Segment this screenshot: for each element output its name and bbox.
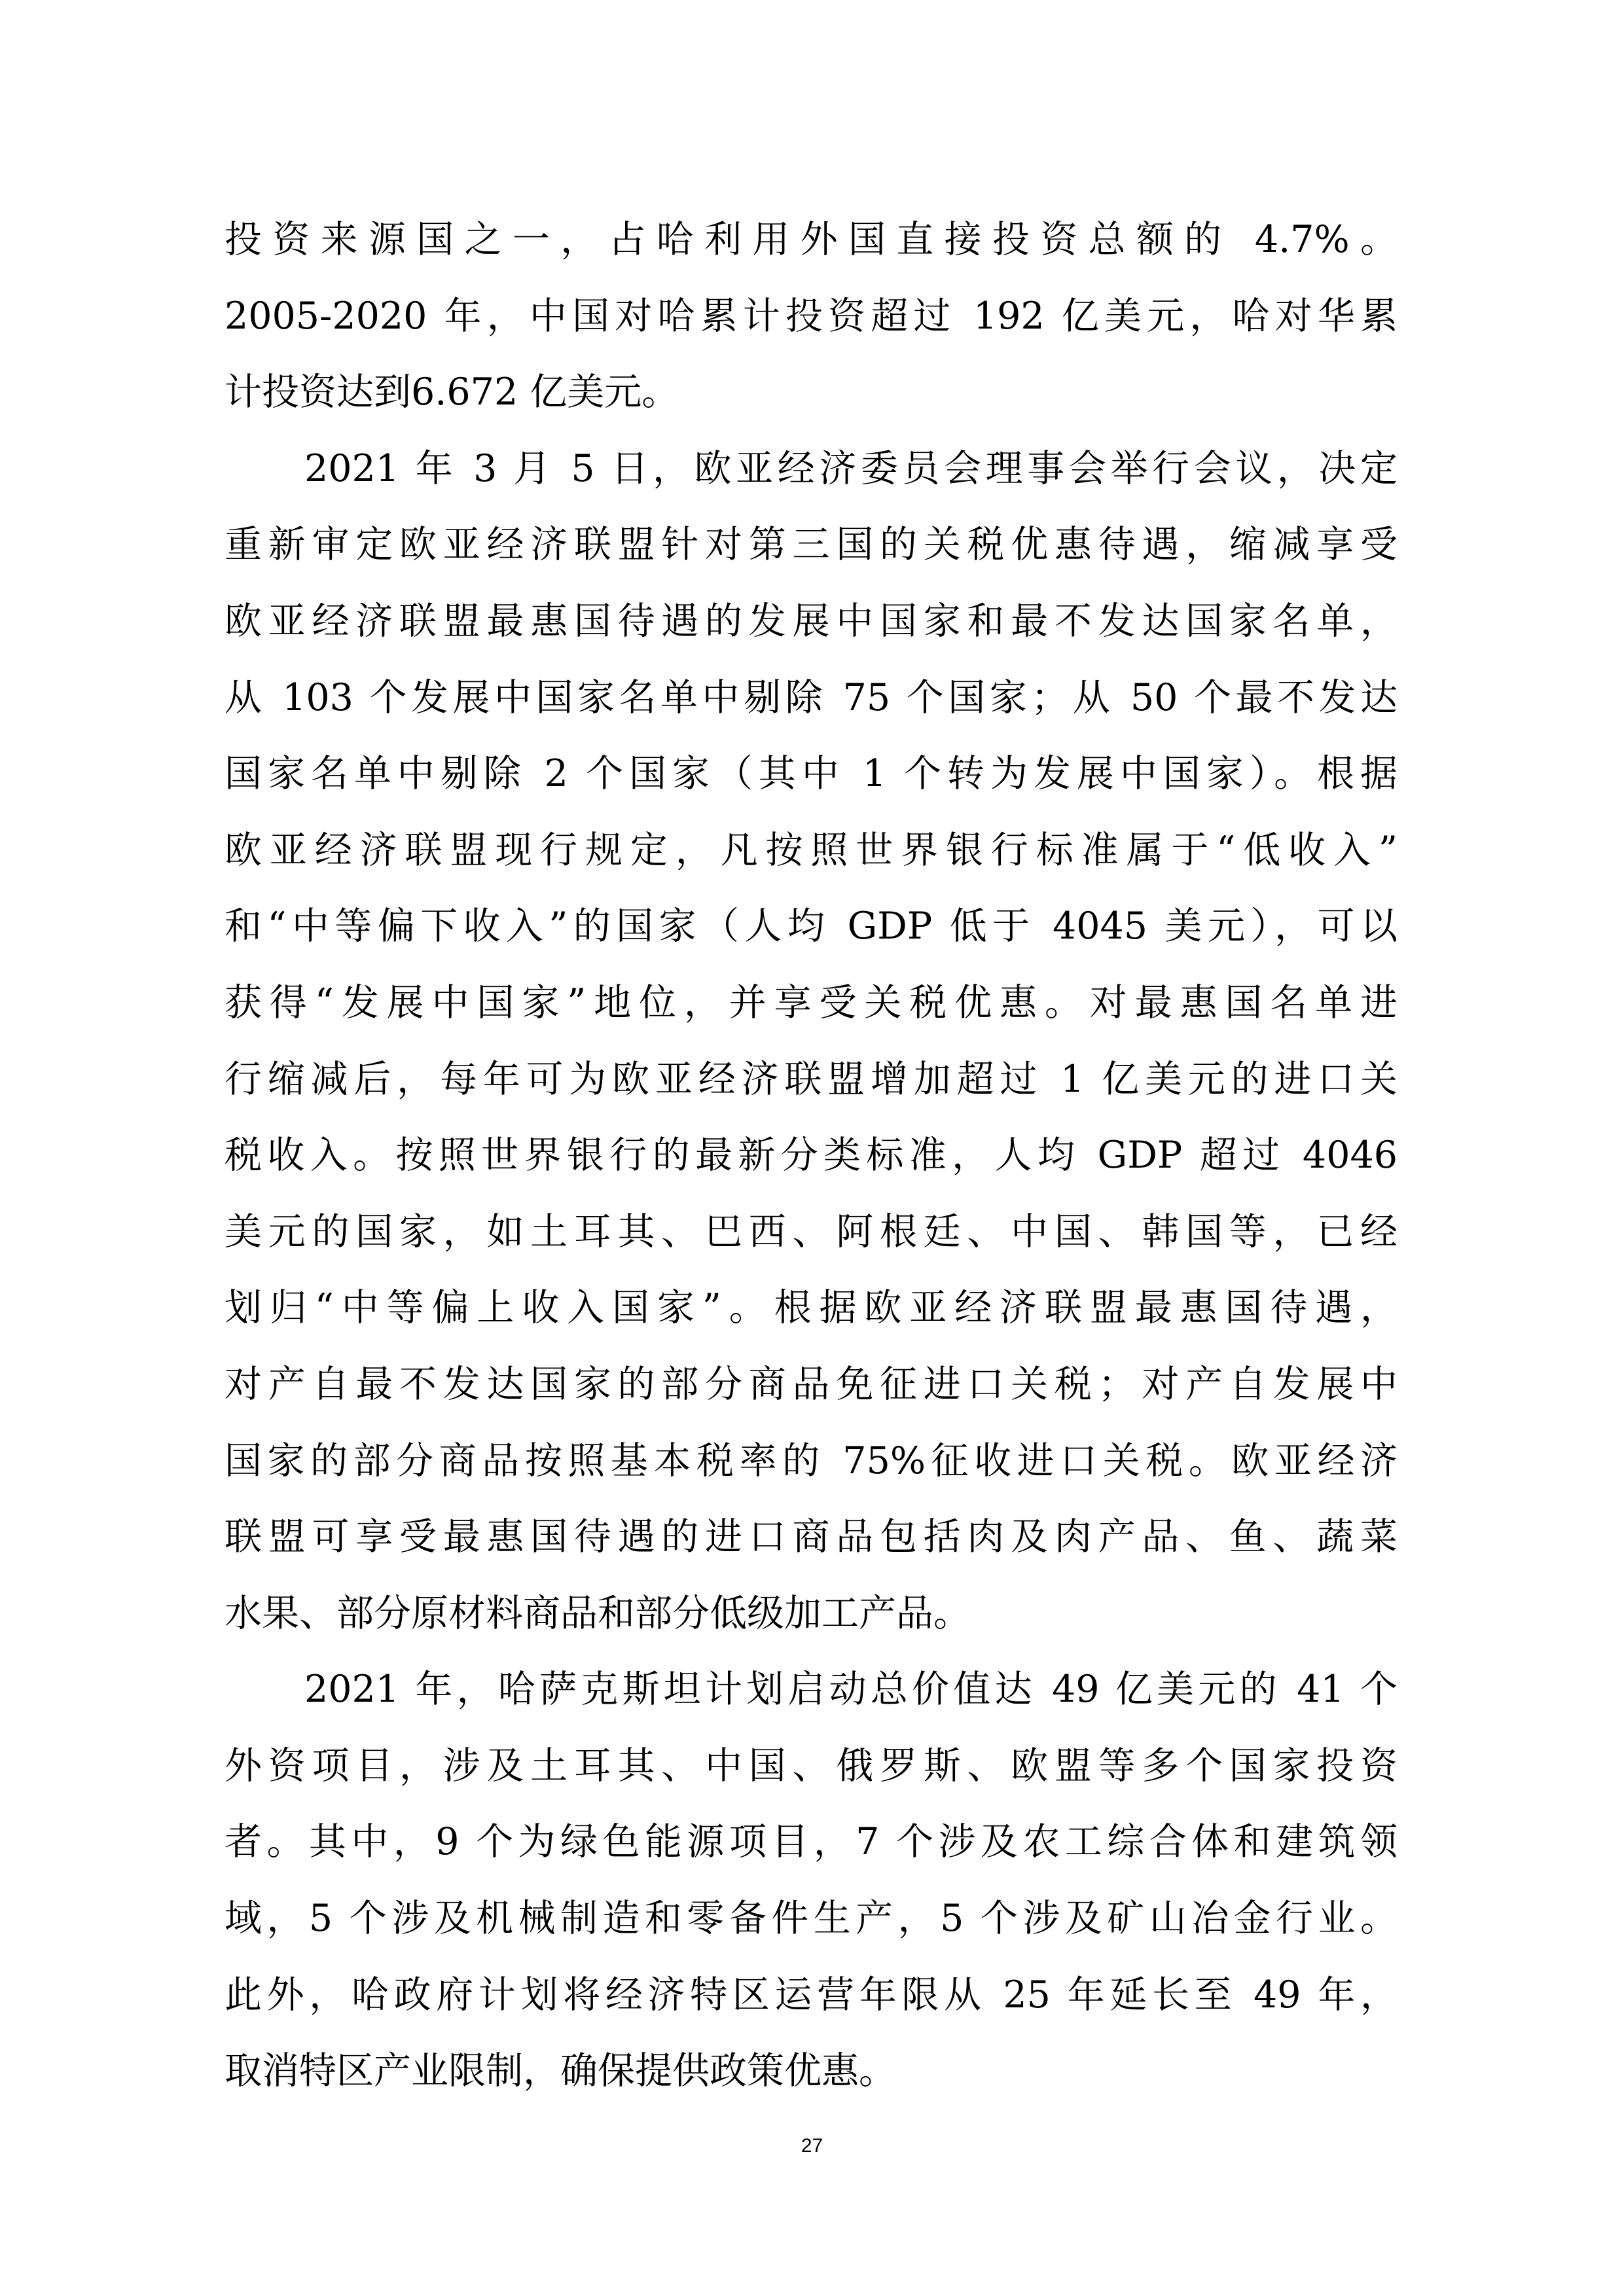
text-line: 此外，哈政府计划将经济特区运营年限从 25 年延长至 49 年， [225,1964,1398,2040]
text-line: 从 103 个发展中国家名单中剔除 75 个国家；从 50 个最不发达 [225,666,1398,743]
text-line: 外资项目，涉及土耳其、中国、俄罗斯、欧盟等多个国家投资 [225,1734,1398,1811]
text-line: 计投资达到6.672 亿美元。 [225,361,1398,437]
text-line: 欧亚经济联盟最惠国待遇的发展中国家和最不发达国家名单， [225,590,1398,666]
text-line: 2021 年，哈萨克斯坦计划启动总价值达 49 亿美元的 41 个 [225,1658,1398,1734]
text-line: 水果、部分原材料商品和部分低级加工产品。 [225,1582,1398,1659]
text-line: 国家名单中剔除 2 个国家（其中 1 个转为发展中国家）。根据 [225,742,1398,819]
text-line: 联盟可享受最惠国待遇的进口商品包括肉及肉产品、鱼、蔬菜 [225,1505,1398,1582]
page-number: 27 [0,2135,1624,2157]
text-line: 者。其中，9 个为绿色能源项目，7 个涉及农工综合体和建筑领 [225,1810,1398,1887]
paragraph-3: 2021 年，哈萨克斯坦计划启动总价值达 49 亿美元的 41 个 外资项目，涉… [225,1658,1398,2116]
text-line: 取消特区产业限制，确保提供政策优惠。 [225,2039,1398,2116]
text-line: 投资来源国之一，占哈利用外国直接投资总额的 4.7%。 [225,208,1398,285]
text-line: 欧亚经济联盟现行规定，凡按照世界银行标准属于“低收入” [225,819,1398,895]
text-line: 2021 年 3 月 5 日，欧亚经济委员会理事会举行会议，决定 [225,437,1398,514]
body-text: 投资来源国之一，占哈利用外国直接投资总额的 4.7%。 2005-2020 年，… [225,208,1398,2116]
text-line: 划归“中等偏上收入国家”。根据欧亚经济联盟最惠国待遇， [225,1276,1398,1353]
paragraph-2: 2021 年 3 月 5 日，欧亚经济委员会理事会举行会议，决定 重新审定欧亚经… [225,437,1398,1659]
text-line: 行缩减后，每年可为欧亚经济联盟增加超过 1 亿美元的进口关 [225,1048,1398,1124]
text-line: 和“中等偏下收入”的国家（人均 GDP 低于 4045 美元），可以 [225,895,1398,971]
text-line: 获得“发展中国家”地位，并享受关税优惠。对最惠国名单进 [225,971,1398,1048]
document-page: 投资来源国之一，占哈利用外国直接投资总额的 4.7%。 2005-2020 年，… [0,0,1624,2296]
text-line: 美元的国家，如土耳其、巴西、阿根廷、中国、韩国等，已经 [225,1200,1398,1277]
text-line: 重新审定欧亚经济联盟针对第三国的关税优惠待遇，缩减享受 [225,513,1398,590]
text-line: 国家的部分商品按照基本税率的 75%征收进口关税。欧亚经济 [225,1429,1398,1506]
text-line: 2005-2020 年，中国对哈累计投资超过 192 亿美元，哈对华累 [225,285,1398,361]
text-line: 对产自最不发达国家的部分商品免征进口关税；对产自发展中 [225,1353,1398,1429]
paragraph-1: 投资来源国之一，占哈利用外国直接投资总额的 4.7%。 2005-2020 年，… [225,208,1398,437]
text-line: 税收入。按照世界银行的最新分类标准，人均 GDP 超过 4046 [225,1124,1398,1200]
text-line: 域，5 个涉及机械制造和零备件生产，5 个涉及矿山冶金行业。 [225,1887,1398,1964]
